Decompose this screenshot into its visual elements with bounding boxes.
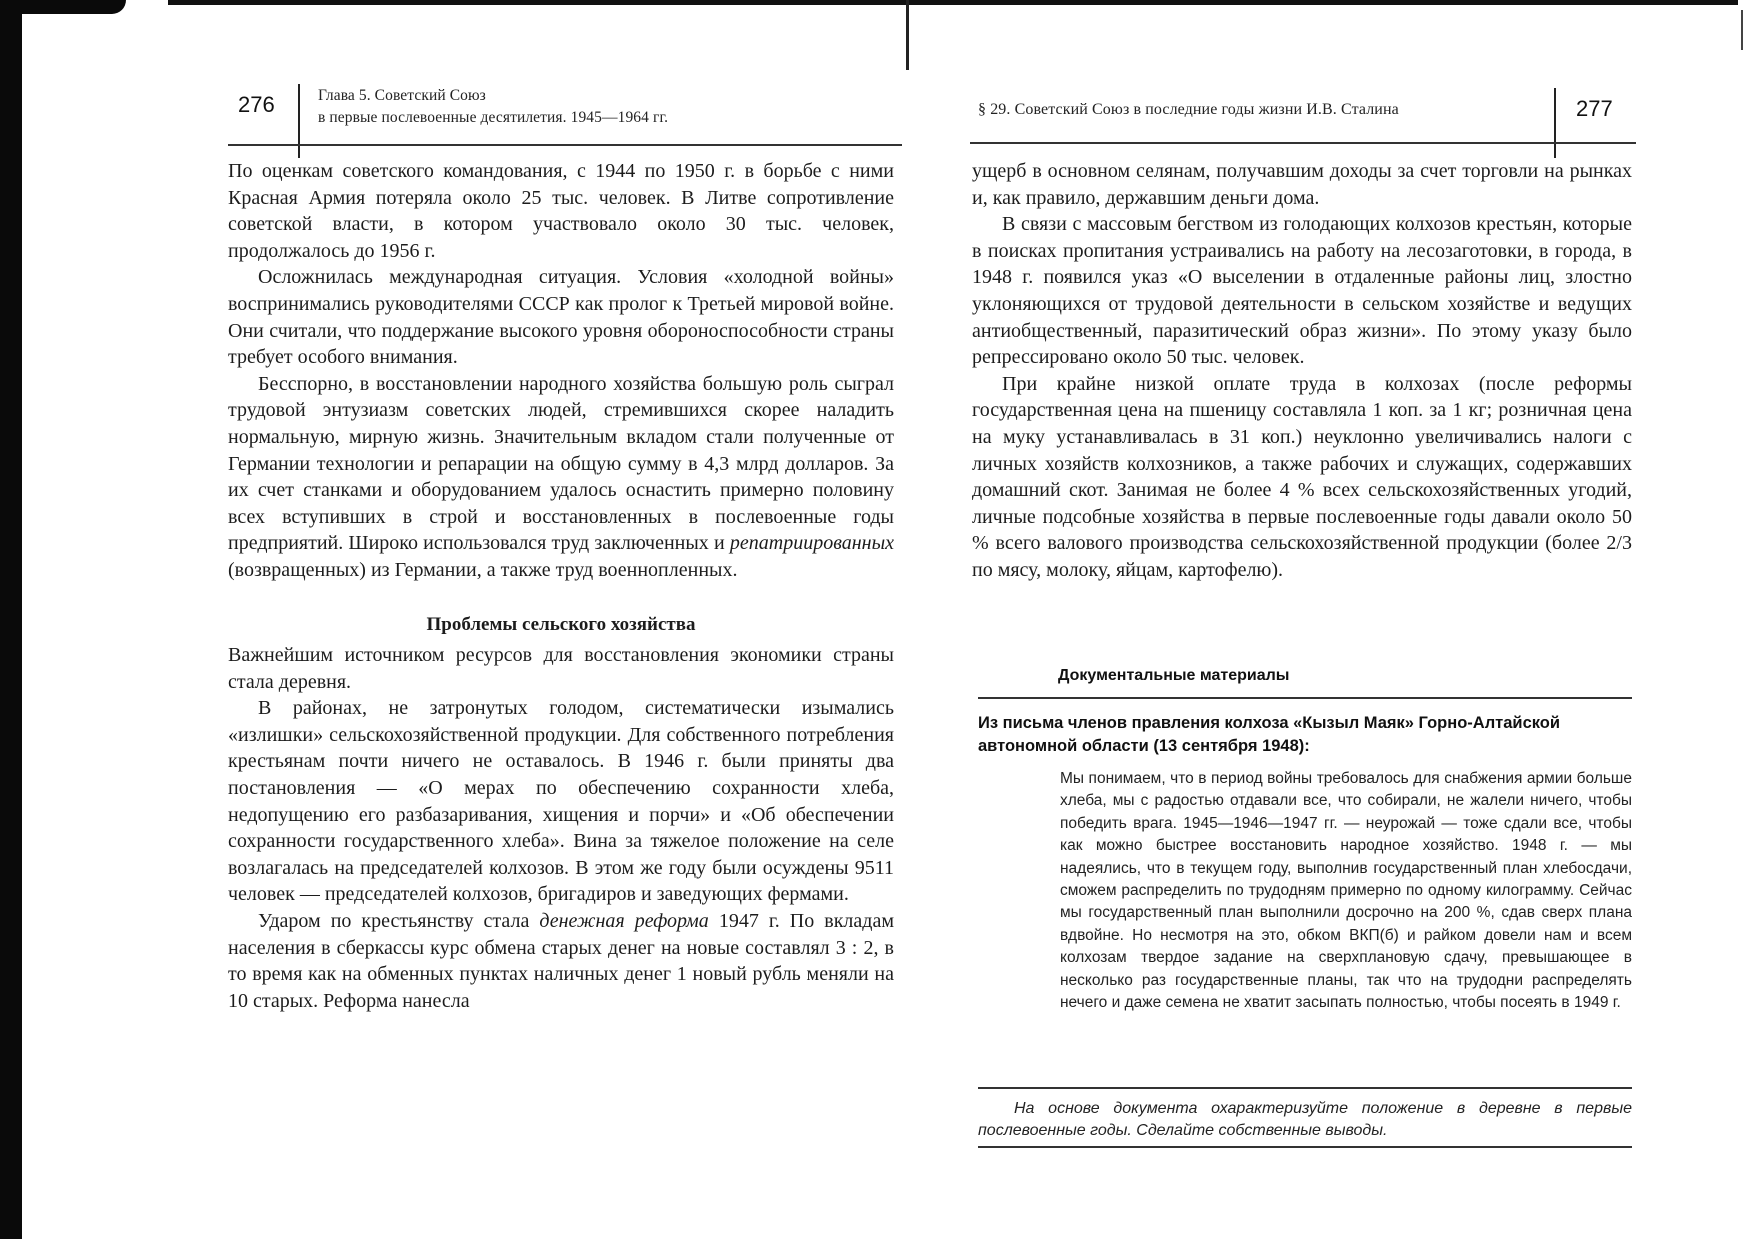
paragraph: В связи с массовым бегством из голодающи… <box>972 211 1632 371</box>
document-source-title: Из письма членов правления колхоза «Кызы… <box>978 712 1632 758</box>
page-number-left: 276 <box>238 92 275 118</box>
book-gutter-mark <box>906 0 909 70</box>
header-rule-right <box>970 142 1636 144</box>
paragraph-text: Ударом по крестьянству стала <box>258 910 529 932</box>
header-divider-vertical <box>298 84 300 158</box>
paragraph: Осложнилась международная ситуация. Усло… <box>228 264 894 370</box>
right-page: § 29. Советский Союз в последние годы жи… <box>910 0 1740 1239</box>
section-heading: Проблемы сельского хозяйства <box>228 612 894 639</box>
paragraph: Важнейшим источником ресурсов для восста… <box>228 642 894 695</box>
documents-rule-middle <box>978 1087 1632 1089</box>
document-task: На основе документа охарактеризуйте поло… <box>978 1098 1632 1142</box>
left-page: 276 Глава 5. Советский Союз в первые пос… <box>22 0 902 1239</box>
header-divider-vertical <box>1554 88 1556 158</box>
running-head-line2: в первые послевоенные десятилетия. 1945—… <box>318 107 668 129</box>
paragraph-text: (возвращенных) из Германии, а также труд… <box>228 559 737 581</box>
paragraph: В районах, не затронутых голодом, систем… <box>228 695 894 908</box>
paragraph: По оценкам советского командования, с 19… <box>228 158 894 264</box>
paragraph: Ударом по крестьянству стала денежная ре… <box>228 908 894 1014</box>
left-body: По оценкам советского командования, с 19… <box>228 158 894 1014</box>
scan-edge-left <box>0 0 22 1239</box>
paragraph-text: Бесспорно, в восстановлении народного хо… <box>228 373 894 555</box>
header-rule-left <box>228 144 902 146</box>
paragraph: При крайне низкой оплате труда в колхоза… <box>972 371 1632 584</box>
running-head-right: § 29. Советский Союз в последние годы жи… <box>978 99 1399 121</box>
italic-term: репатриированных <box>730 532 894 554</box>
running-head-left: Глава 5. Советский Союз в первые послево… <box>318 85 668 129</box>
paragraph: ущерб в основном селянам, получавшим дох… <box>972 158 1632 211</box>
paragraph: Бесспорно, в восстановлении народного хо… <box>228 371 894 584</box>
documents-heading: Документальные материалы <box>1058 667 1289 685</box>
documents-rule-top <box>978 697 1632 699</box>
right-body: ущерб в основном селянам, получавшим дох… <box>972 158 1632 584</box>
page-number-right: 277 <box>1576 96 1613 122</box>
documents-rule-bottom <box>978 1146 1632 1148</box>
italic-term: денежная реформа <box>539 910 708 932</box>
scan-edge-right-mark <box>1741 10 1743 50</box>
running-head-line1: Глава 5. Советский Союз <box>318 85 668 107</box>
document-quote: Мы понимаем, что в период войны требовал… <box>1060 768 1632 1014</box>
